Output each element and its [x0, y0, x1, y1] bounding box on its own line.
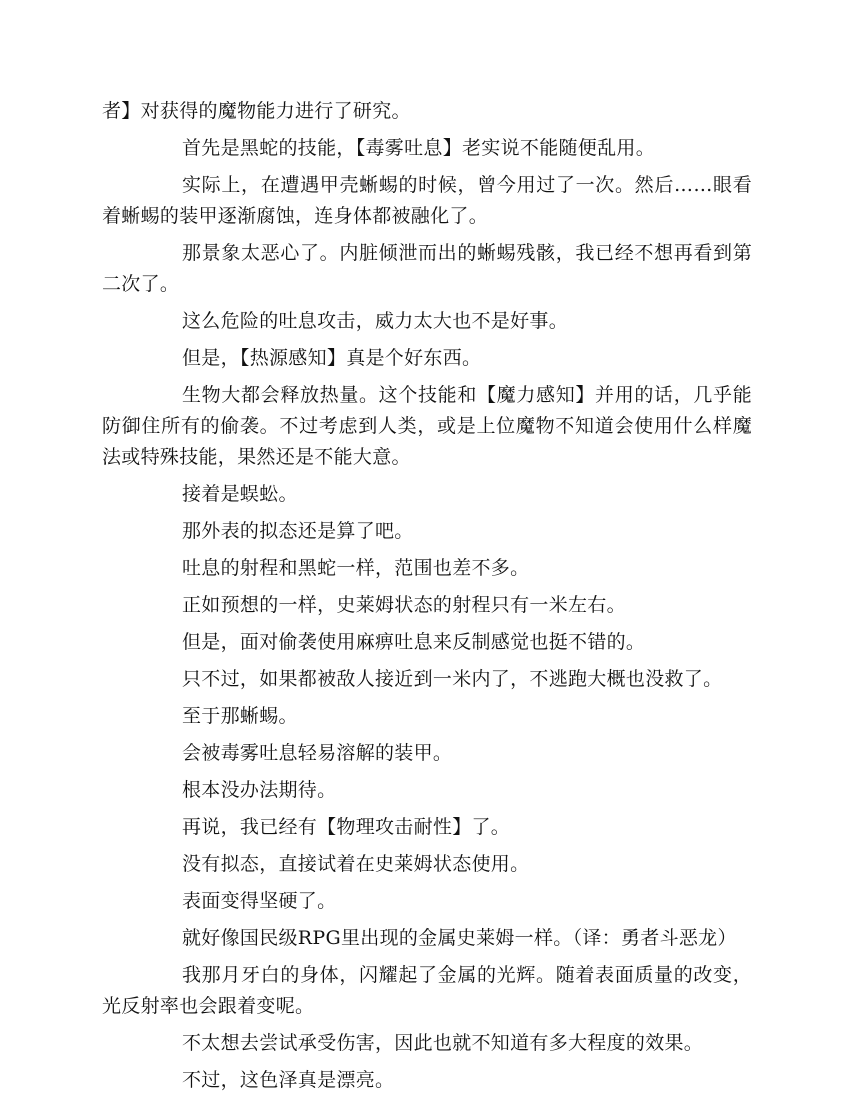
- paragraph: 首先是黑蛇的技能，【毒雾吐息】老实说不能随便乱用。: [102, 133, 752, 164]
- paragraph: 不过，这色泽真是漂亮。: [102, 1065, 752, 1096]
- paragraph: 那景象太恶心了。内脏倾泄而出的蜥蜴残骸，我已经不想再看到第二次了。: [102, 238, 752, 300]
- paragraph: 者】对获得的魔物能力进行了研究。: [102, 96, 752, 127]
- paragraph: 没有拟态，直接试着在史莱姆状态使用。: [102, 849, 752, 880]
- paragraph: 我那月牙白的身体，闪耀起了金属的光辉。随着表面质量的改变，光反射率也会跟着变呢。: [102, 960, 752, 1022]
- paragraph: 再说，我已经有【物理攻击耐性】了。: [102, 812, 752, 843]
- document-page: 者】对获得的魔物能力进行了研究。 首先是黑蛇的技能，【毒雾吐息】老实说不能随便乱…: [102, 96, 752, 1100]
- paragraph: 但是，面对偷袭使用麻痹吐息来反制感觉也挺不错的。: [102, 627, 752, 658]
- paragraph: 生物大都会释放热量。这个技能和【魔力感知】并用的话，几乎能防御住所有的偷袭。不过…: [102, 380, 752, 473]
- paragraph: 会被毒雾吐息轻易溶解的装甲。: [102, 738, 752, 769]
- paragraph: 正如预想的一样，史莱姆状态的射程只有一米左右。: [102, 590, 752, 621]
- paragraph: 这么危险的吐息攻击，威力太大也不是好事。: [102, 306, 752, 337]
- paragraph: 至于那蜥蜴。: [102, 701, 752, 732]
- paragraph: 吐息的射程和黑蛇一样，范围也差不多。: [102, 553, 752, 584]
- paragraph: 实际上，在遭遇甲壳蜥蜴的时候，曾今用过了一次。然后……眼看着蜥蜴的装甲逐渐腐蚀，…: [102, 170, 752, 232]
- paragraph: 不太想去尝试承受伤害，因此也就不知道有多大程度的效果。: [102, 1028, 752, 1059]
- paragraph: 根本没办法期待。: [102, 775, 752, 806]
- paragraph: 那外表的拟态还是算了吧。: [102, 516, 752, 547]
- paragraph: 只不过，如果都被敌人接近到一米内了，不逃跑大概也没救了。: [102, 664, 752, 695]
- paragraph: 就好像国民级RPG里出现的金属史莱姆一样。（译：勇者斗恶龙）: [102, 923, 752, 954]
- paragraph: 但是，【热源感知】真是个好东西。: [102, 343, 752, 374]
- paragraph: 表面变得坚硬了。: [102, 886, 752, 917]
- paragraph: 接着是蜈蚣。: [102, 479, 752, 510]
